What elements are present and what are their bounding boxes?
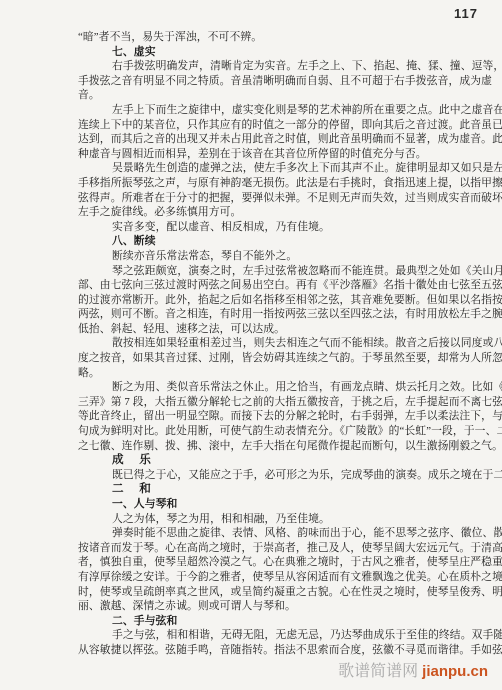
text-line: 弦得声。所难者在于分寸的把握，要弹似未弹。不足则无声而失效，过当则成实音而破坏 <box>78 191 480 206</box>
text-line: 二 和 <box>78 482 480 497</box>
text-line: 手拨弦之音有明显不同之特质。音虽清晰明确而自弱、且不可超于右手拨弦音，成为虚 <box>78 74 480 89</box>
text-line: 手移指所振琴弦之声，与原有神韵毫无损伤。此法是右手挑时，食指迅速上提，以指甲擦 <box>78 176 480 191</box>
text-line: 成 乐 <box>78 453 480 468</box>
text-line: 七、虚实 <box>78 45 480 60</box>
watermark: 歌谱简谱网 jianpu.cn <box>338 658 488 681</box>
text-block: “暗”者不当，易失于浑浊，不可不辨。七、虚实右手拨弦明确发声，清晰肯定为实音。左… <box>78 30 480 658</box>
watermark-site-url: jianpu.cn <box>422 663 488 680</box>
text-line: 按诸音而发于琴。心在高尚之境时，于崇高者，推己及人，使琴呈阔大宏远元气。于清高 <box>78 541 480 556</box>
text-line: 二、手与弦和 <box>78 614 480 629</box>
text-line: 低抬、斜起、轻甩、速移之法，可以达成。 <box>78 322 480 337</box>
text-line: 弹奏时能不思曲之旋律、表情、风格、韵味而出于心，能不思琴之弦序、徽位、散、泛、 <box>78 526 480 541</box>
text-line: 等此音终止，留出一明显空隙。而接下去的分解之轮时，右手弱弹，左手以柔法注下，与前 <box>78 409 480 424</box>
text-line: 右手拨弦明确发声，清晰肯定为实音。左手之上、下、掐起、掩、猱、撞、逗等，具有与右 <box>78 59 480 74</box>
text-line: 部、由七弦向三弦过渡时两弦之间易出空白。再有《平沙落雁》名指十徽处由七弦至五弦 <box>78 278 480 293</box>
text-line: 达到，而其后之音的出现又并未占用此音之时值，则此音虽明确而不显著，成为虚音。此 <box>78 132 480 147</box>
text-line: 种虚音与圆相近而相异，差别在于该音在其音位所停留的时值充分与否。 <box>78 147 480 162</box>
text-line: 的过渡亦常断开。此外，掐起之后如名指移至相邻之弦，其音难免要断。但如果以名指按 <box>78 293 480 308</box>
text-line: 断之为用、类似音乐常法之休止。用之恰当，有画龙点睛、烘云托月之效。比如《梅花 <box>78 380 480 395</box>
text-line: 从容敏捷以挥弦。弦随手鸣，音随指转。指法不思索而合度，弦徽不寻觅而谐律。手如弦 <box>78 643 480 658</box>
text-line: 者，慎独自重，使琴呈超然冷漠之气。心在典雅之境时，于古风之雅者，使琴呈庄严稳重而 <box>78 555 480 570</box>
text-line: 琴之弦距颇宽，演奏之时，左手过弦常被忽略而不能连贯。最典型之处如《关山月》中 <box>78 264 480 279</box>
text-line: 句成为鲜明对比。此处用断，可使气韵生动表情充分。《广陵散》的“长虹”一段，于一、… <box>78 424 480 439</box>
text-line: 丽、激越、深情之赤诚。则或可谓人与琴和。 <box>78 599 480 614</box>
text-line: 连续上下中的某音位，只作其应有的时值之一部分的停留，即向其后之音过渡。此音虽已 <box>78 118 480 133</box>
text-line: 散按相连如果轻重相差过当，则失去相连之气而不能相续。散音之后接以同度或八 <box>78 336 480 351</box>
text-line: 一、人与琴和 <box>78 497 480 512</box>
text-line: 既已得之于心，又能应之于手，必可形之为乐，完成琴曲的演奏。成乐之境在于二和。 <box>78 468 480 483</box>
text-line: 吴景略先生创造的虚弹之法，使左手多次上下而其声不止。旋律明显却又如只是左 <box>78 161 480 176</box>
text-line: “暗”者不当，易失于浑浊，不可不辨。 <box>78 30 480 45</box>
text-line: 左手上下而生之旋律中，虚实变化则是琴的艺术神韵所在重要之点。此中之虚音在 <box>78 103 480 118</box>
text-line: 两弦，则可不断。音之相连，有时用一指按两弦三弦以至四弦之法，有时用放松左手之腕 <box>78 307 480 322</box>
text-line: 左手之旋律线。必多练慎用方可。 <box>78 205 480 220</box>
text-line: 手之与弦，相和相谐，无碍无阻，无虑无忌，乃达琴曲成乐于至佳的终结。双手随心、 <box>78 628 480 643</box>
text-line: 八、断续 <box>78 234 480 249</box>
page-number: 117 <box>454 6 478 21</box>
watermark-site-name: 歌谱简谱网 <box>338 663 418 680</box>
text-line: 度之按音，如果其音过猱、过刚，皆会妨碍其连续之气韵。于琴虽然至要，却常为人所忽 <box>78 351 480 366</box>
text-line: 音。 <box>78 88 480 103</box>
text-line: 之七徽、连作剔、拨、拂、滚中，左手大指在句尾微作提起而断句，以生激扬刚毅之气。 <box>78 439 480 454</box>
text-line: 有淳厚徐缓之安详。于今韵之雅者，使琴呈从容闲适而有文雅飘逸之优美。心在质朴之境 <box>78 570 480 585</box>
text-line: 人之为体，琴之为用，相和相融，乃至佳境。 <box>78 512 480 527</box>
text-line: 断续亦音乐常法常态，琴自不能外之。 <box>78 249 480 264</box>
text-line: 实音多变，配以虚音、相反相成，乃有佳境。 <box>78 220 480 235</box>
text-line: 三弄》第 7 段，大指五徽分解轮七之前的大指五徽按音，于挑之后，左手提起而不离七… <box>78 395 480 410</box>
text-line: 略。 <box>78 366 480 381</box>
text-line: 时，使琴或呈疏朗率真之世风，或呈简约凝重之古貌。心在性灵之境时，使琴呈俊秀、明 <box>78 585 480 600</box>
